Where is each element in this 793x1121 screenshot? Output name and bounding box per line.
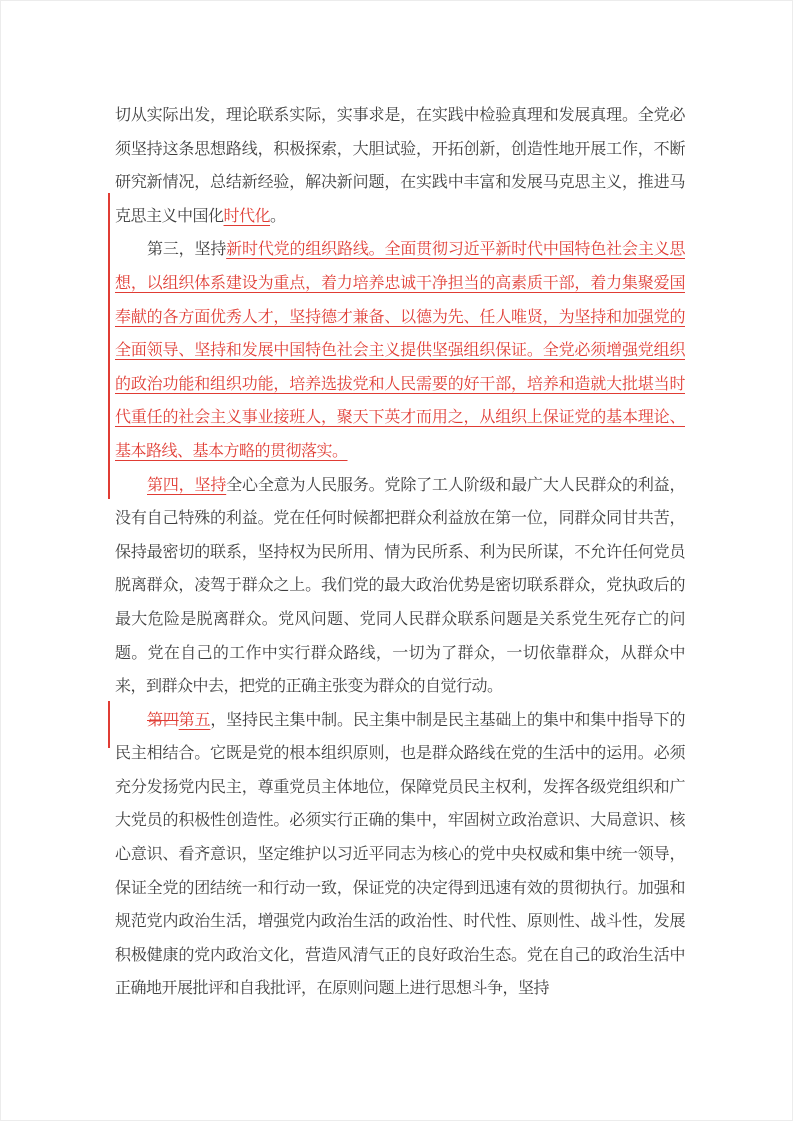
paragraph: 第四第五，坚持民主集中制。民主集中制是民主基础上的集中和集中指导下的民主相结合。… [115, 703, 685, 1005]
text-run: ，坚持民主集中制。民主集中制是民主基础上的集中和集中指导下的民主相结合。它既是党… [115, 710, 685, 998]
inserted-text: 时代化 [224, 206, 271, 225]
revision-change-bar [108, 701, 110, 748]
inserted-text: 新时代党的组织路线。全面贯彻习近平新时代中国特色社会主义思想，以组织体系建设为重… [115, 239, 685, 460]
paragraph: 切从实际出发，理论联系实际，实事求是，在实践中检验真理和发展真理。全党必须坚持这… [115, 98, 685, 232]
paragraph: 第三，坚持新时代党的组织路线。全面贯彻习近平新时代中国特色社会主义思想，以组织体… [115, 232, 685, 467]
text-run: 第三，坚持 [147, 239, 226, 258]
document-page: 切从实际出发，理论联系实际，实事求是，在实践中检验真理和发展真理。全党必须坚持这… [0, 0, 793, 1121]
revision-change-bar [108, 193, 110, 499]
document-body: 切从实际出发，理论联系实际，实事求是，在实践中检验真理和发展真理。全党必须坚持这… [115, 98, 685, 1005]
inserted-text: 第四，坚持 [147, 475, 226, 494]
text-run: 切从实际出发，理论联系实际，实事求是，在实践中检验真理和发展真理。全党必须坚持这… [115, 105, 685, 225]
inserted-text: 第五 [179, 710, 211, 729]
deleted-text: 第四 [147, 710, 179, 729]
text-run: 。 [270, 206, 286, 225]
paragraph: 第四，坚持全心全意为人民服务。党除了工人阶级和最广大人民群众的利益，没有自己特殊… [115, 468, 685, 703]
text-run: 全心全意为人民服务。党除了工人阶级和最广大人民群众的利益，没有自己特殊的利益。党… [115, 475, 685, 696]
